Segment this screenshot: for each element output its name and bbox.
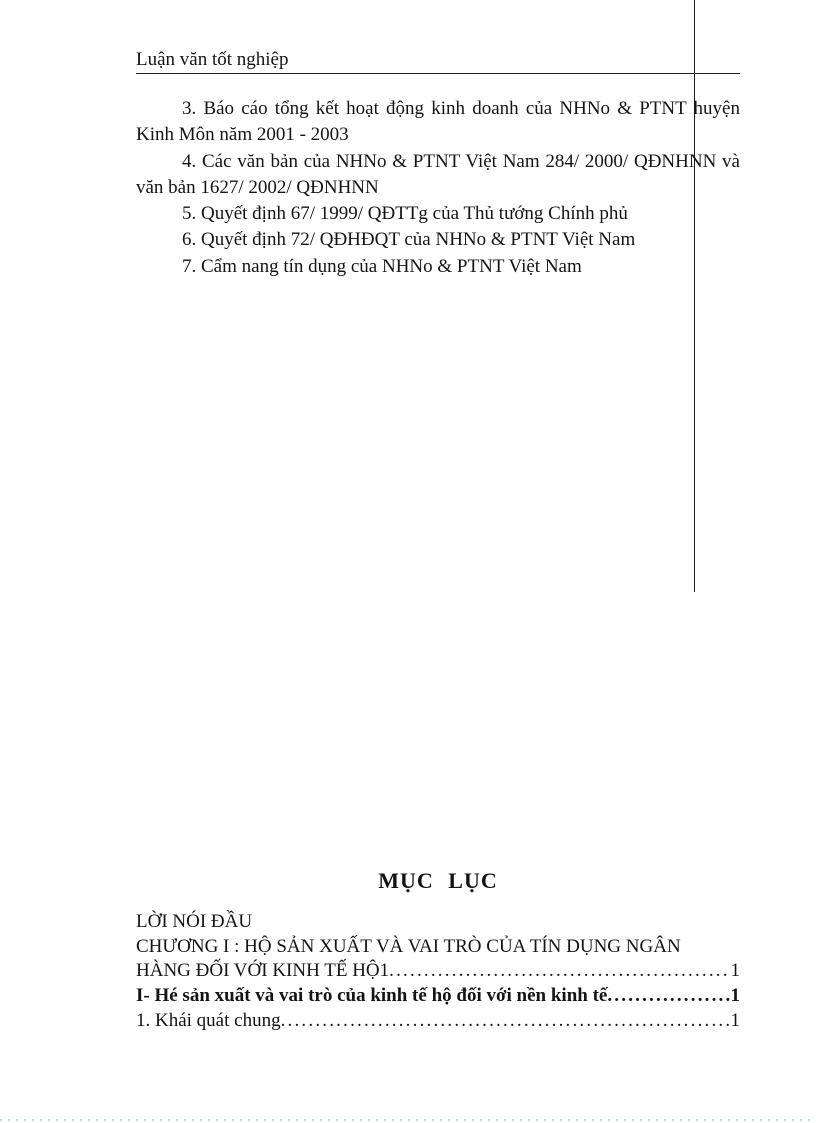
toc-row: CHƯƠNG I : HỘ SẢN XUẤT VÀ VAI TRÒ CỦA TÍ… bbox=[136, 935, 740, 960]
toc-row: LỜI NÓI ĐẦU bbox=[136, 910, 740, 935]
toc-row-label: CHƯƠNG I : HỘ SẢN XUẤT VÀ VAI TRÒ CỦA TÍ… bbox=[136, 935, 681, 960]
reference-item: 5. Quyết định 67/ 1999/ QĐTTg của Thủ tư… bbox=[136, 201, 740, 227]
reference-item: 4. Các văn bản của NHNo & PTNT Việt Nam … bbox=[136, 149, 740, 202]
toc-row: I- Hé sản xuất và vai trò của kinh tế hộ… bbox=[136, 984, 740, 1009]
toc-row: 1. Khái quát chung .....................… bbox=[136, 1009, 740, 1034]
reference-item: 3. Báo cáo tổng kết hoạt động kinh doanh… bbox=[136, 96, 740, 149]
toc-row-label: 1. Khái quát chung bbox=[136, 1009, 281, 1034]
document-page: Luận văn tốt nghiệp 3. Báo cáo tổng kết … bbox=[0, 0, 816, 1123]
reference-item: 7. Cẩm nang tín dụng của NHNo & PTNT Việ… bbox=[136, 254, 740, 280]
running-header-title: Luận văn tốt nghiệp bbox=[136, 49, 289, 70]
toc-dots-leader: ........................................… bbox=[389, 959, 730, 984]
toc-page-number: 1 bbox=[731, 959, 741, 984]
references-list: 3. Báo cáo tổng kết hoạt động kinh doanh… bbox=[136, 96, 740, 280]
toc-row-label: I- Hé sản xuất và vai trò của kinh tế hộ… bbox=[136, 984, 607, 1009]
toc-row-label: HÀNG ĐỐI VỚI KINH TẾ HỘ1 bbox=[136, 959, 389, 984]
toc-dots-leader: ........................................… bbox=[607, 984, 730, 1009]
toc-page-number: 1 bbox=[731, 984, 741, 1009]
page-content: Luận văn tốt nghiệp 3. Báo cáo tổng kết … bbox=[136, 0, 740, 1034]
reference-item: 6. Quyết định 72/ QĐHĐQT của NHNo & PTNT… bbox=[136, 227, 740, 253]
page-boundary-dotted-marker bbox=[0, 1119, 816, 1121]
toc-list: LỜI NÓI ĐẦU CHƯƠNG I : HỘ SẢN XUẤT VÀ VA… bbox=[136, 910, 740, 1034]
toc-dots-leader: ........................................… bbox=[281, 1009, 731, 1034]
toc-row: HÀNG ĐỐI VỚI KINH TẾ HỘ1 ...............… bbox=[136, 959, 740, 984]
toc-row-label: LỜI NÓI ĐẦU bbox=[136, 910, 252, 935]
running-header: Luận văn tốt nghiệp bbox=[136, 50, 740, 74]
toc-title: MỤC LỤC bbox=[136, 868, 740, 894]
toc-page-number: 1 bbox=[731, 1009, 741, 1034]
